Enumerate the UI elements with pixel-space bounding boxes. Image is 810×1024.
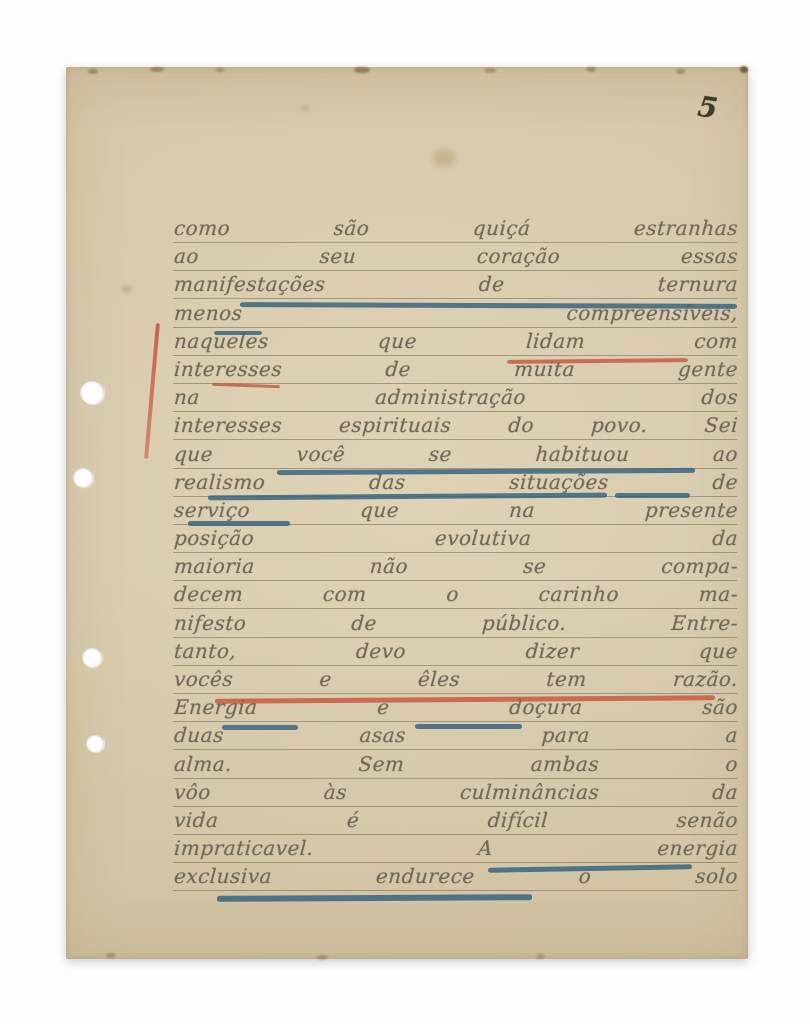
stain bbox=[316, 955, 328, 960]
handwriting-block: como são quiçá estranhas ao seu coração … bbox=[174, 215, 738, 892]
page-number: 5 bbox=[696, 90, 720, 125]
punch-hole bbox=[73, 467, 93, 487]
blue-underline-mark bbox=[222, 725, 298, 730]
punch-hole bbox=[80, 380, 104, 404]
manuscript-page: 5 como são quiçá estranhas ao seu coraçã… bbox=[66, 67, 748, 959]
scanned-photo: { "manuscript": { "page_number": "5", "l… bbox=[0, 0, 810, 1024]
manuscript-line: ao seu coração essas bbox=[173, 243, 739, 271]
blue-underline-mark bbox=[188, 521, 290, 526]
stain bbox=[216, 68, 224, 72]
manuscript-line: alma. Sem ambas o bbox=[173, 751, 739, 779]
stain bbox=[484, 68, 496, 73]
blue-underline-mark bbox=[217, 894, 532, 902]
manuscript-line: manifestações de ternura bbox=[173, 271, 739, 299]
stain bbox=[122, 285, 132, 293]
manuscript-line: vida é difícil senão bbox=[173, 807, 739, 835]
punch-hole bbox=[86, 734, 104, 752]
blue-underline-mark bbox=[214, 331, 262, 335]
manuscript-line: decem com o carinho ma- bbox=[173, 581, 739, 609]
stain bbox=[150, 67, 164, 72]
stain bbox=[586, 67, 596, 72]
manuscript-line: maioria não se compa- bbox=[173, 553, 739, 581]
manuscript-line: nifesto de público. Entre- bbox=[173, 610, 739, 638]
blue-underline-mark bbox=[415, 724, 522, 729]
manuscript-line: vocês e êles tem razão. bbox=[173, 666, 739, 694]
stain bbox=[302, 105, 309, 111]
manuscript-line: tanto, devo dizer que bbox=[173, 638, 739, 666]
stain bbox=[106, 953, 116, 958]
blue-underline-mark bbox=[615, 493, 690, 498]
stain bbox=[432, 149, 456, 167]
manuscript-line: que você se habituou ao bbox=[173, 441, 739, 469]
stain bbox=[676, 69, 685, 74]
manuscript-line: como são quiçá estranhas bbox=[173, 215, 739, 243]
manuscript-line: vôo às culminâncias da bbox=[173, 779, 739, 807]
red-margin-stroke bbox=[144, 323, 160, 459]
stain bbox=[536, 954, 545, 959]
punch-hole bbox=[82, 647, 102, 667]
manuscript-line: impraticavel. A energia bbox=[173, 835, 739, 863]
manuscript-line: interesses espirituais do povo. Sei bbox=[173, 412, 739, 440]
manuscript-line: posição evolutiva da bbox=[173, 525, 739, 553]
stain bbox=[88, 69, 98, 74]
stain bbox=[354, 67, 370, 73]
stain bbox=[740, 66, 748, 73]
manuscript-line: na administração dos bbox=[173, 384, 739, 412]
